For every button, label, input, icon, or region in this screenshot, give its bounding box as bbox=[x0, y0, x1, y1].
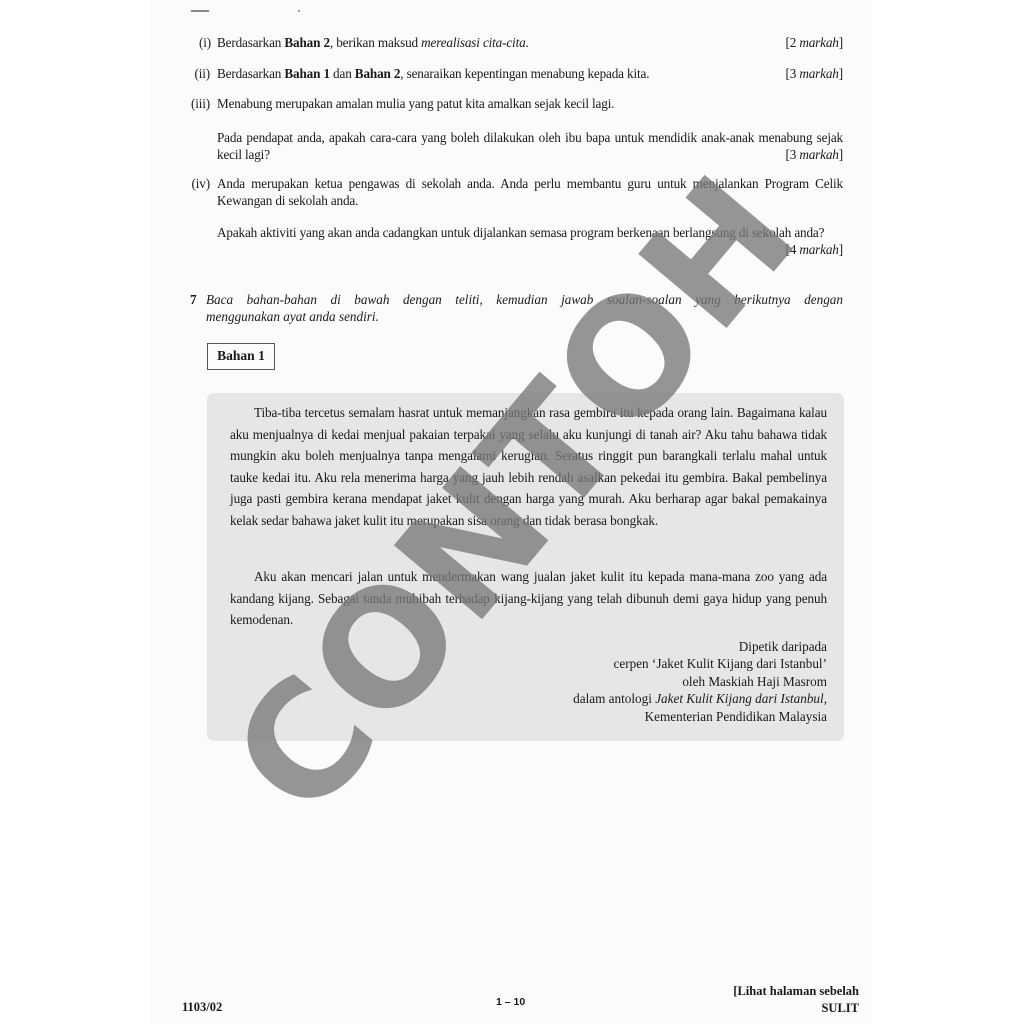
paper-code: 1103/02 bbox=[182, 1000, 222, 1015]
question-ii: (ii) Berdasarkan Bahan 1 dan Bahan 2, se… bbox=[0, 65, 1024, 82]
marks-label: [3 markah] bbox=[786, 65, 843, 82]
classification-label: SULIT bbox=[733, 1000, 859, 1017]
question-iv: (iv) Anda merupakan ketua pengawas di se… bbox=[0, 175, 1024, 265]
question-statement: Anda merupakan ketua pengawas di sekolah… bbox=[217, 175, 843, 209]
question-number: (i) bbox=[177, 34, 211, 51]
bahan-1-label: Bahan 1 bbox=[207, 343, 275, 370]
question-iii: (iii) Menabung merupakan amalan mulia ya… bbox=[0, 95, 1024, 165]
source-credit: Dipetik daripada cerpen ‘Jaket Kulit Kij… bbox=[573, 638, 827, 725]
question-number: 7 bbox=[190, 291, 197, 308]
question-i: (i) Berdasarkan Bahan 2, berikan maksud … bbox=[0, 34, 1024, 51]
marks-label: [4 markah] bbox=[786, 241, 843, 258]
passage-paragraph-1: Tiba-tiba tercetus semalam hasrat untuk … bbox=[230, 402, 827, 532]
instruction-line-2: menggunakan ayat anda sendiri. bbox=[206, 308, 379, 325]
marks-label: [2 markah] bbox=[786, 34, 843, 51]
question-number: (ii) bbox=[176, 65, 210, 82]
question-number: (iv) bbox=[176, 175, 210, 192]
page-number: 1 – 10 bbox=[496, 996, 525, 1008]
question-prompt: Apakah aktiviti yang akan anda cadangkan… bbox=[217, 224, 843, 241]
question-prompt: Pada pendapat anda, apakah cara-cara yan… bbox=[217, 129, 843, 163]
next-page-note: [Lihat halaman sebelah bbox=[733, 983, 859, 1000]
passage-paragraph-2: Aku akan mencari jalan untuk mendermakan… bbox=[230, 566, 827, 631]
question-statement: Menabung merupakan amalan mulia yang pat… bbox=[217, 95, 843, 112]
scan-mark bbox=[191, 10, 209, 12]
question-text: Berdasarkan Bahan 2, berikan maksud mere… bbox=[217, 34, 843, 51]
question-text: Berdasarkan Bahan 1 dan Bahan 2, senarai… bbox=[217, 65, 843, 82]
scan-mark bbox=[298, 10, 300, 12]
passage-box: Tiba-tiba tercetus semalam hasrat untuk … bbox=[207, 393, 844, 741]
marks-label: [3 markah] bbox=[786, 146, 843, 163]
instruction-line-1: Baca bahan-bahan di bawah dengan teliti,… bbox=[206, 291, 843, 308]
footer-right: [Lihat halaman sebelah SULIT bbox=[733, 983, 859, 1017]
question-number: (iii) bbox=[176, 95, 210, 112]
